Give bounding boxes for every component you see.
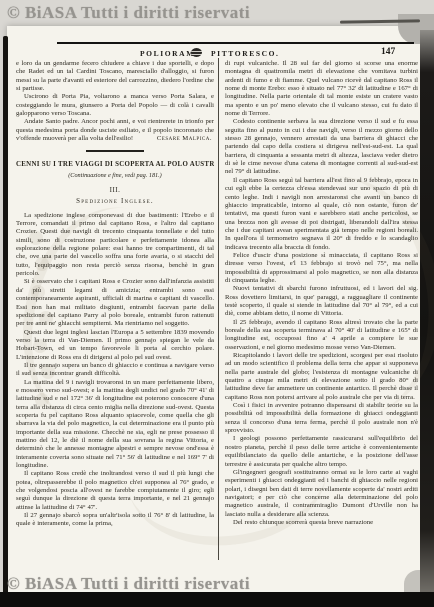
paragraph: e loro da un gendarme fecero chiudere a … — [16, 60, 214, 93]
article-continuation-note: (Continuazione e fine, vedi pag. 181.) — [16, 172, 214, 180]
paragraph: Il capitano Ross seguì tal barriera all'… — [225, 177, 418, 252]
right-column: di rupi vulcaniche. Il 28 sul far del gi… — [225, 60, 418, 566]
scan-edge-left — [3, 36, 8, 596]
article-body: La spedizione inglese componevasi di due… — [16, 212, 214, 529]
paragraph: Si è osservato che i capitani Ross e Cro… — [16, 278, 214, 328]
copyright-watermark-bottom: © BiASA Tutti i diritti riservati — [7, 574, 250, 594]
paragraph: Il capitano Ross credè che inoltrandosi … — [16, 470, 214, 512]
scan-edge-bottom — [0, 592, 434, 607]
article-section-title: Spedizione Inglese. — [16, 198, 214, 206]
paragraph: Il 25 febbrajo, avendo il capitano Ross … — [225, 319, 418, 352]
page-number: 147 — [381, 47, 395, 57]
paragraph: Il 27 gennajo sbarcò sopra un'altr'isola… — [16, 512, 214, 529]
paragraph: La mattina del 9 i navigli trovaronsi in… — [16, 379, 214, 471]
copyright-watermark-top: © BiASA Tutti i diritti riservati — [7, 3, 250, 23]
previous-article-end: e loro da un gendarme fecero chiudere a … — [16, 60, 214, 143]
paragraph: Il tre gennajo supera un banco di ghiacc… — [16, 362, 214, 379]
paragraph: Nuovi tentativi di sbarchi furono infrut… — [225, 285, 418, 318]
masthead-rule — [57, 42, 414, 44]
article-divider-rule — [86, 150, 144, 151]
article-body-continued: di rupi vulcaniche. Il 28 sul far del gi… — [225, 60, 418, 527]
paragraph: La spedizione inglese componevasi di due… — [16, 212, 214, 279]
scanned-page: © BiASA Tutti i diritti riservati POLIOR… — [0, 0, 434, 607]
paragraph: Codesto continente serbava la sua direzi… — [225, 118, 418, 176]
paragraph: Uscirono di Porta Pia, voltarono a manca… — [16, 93, 214, 118]
paragraph: Questi due legni inglesi lascian l'Europ… — [16, 329, 214, 362]
paragraph: Gl'ingegneri geografi sostituiranno orma… — [225, 469, 418, 519]
paragraph: Felice d'uscir d'una posizione sì minacc… — [225, 252, 418, 285]
left-column: e loro da un gendarme fecero chiudere a … — [16, 60, 214, 566]
paragraph: di rupi vulcaniche. Il 28 sul far del gi… — [225, 60, 418, 118]
paragraph: Ricapitolando i lavori delle tre spedizi… — [225, 352, 418, 402]
paragraph: Così i fisici in avvenire potranno dispe… — [225, 402, 418, 435]
scan-edge-right — [420, 30, 434, 592]
masthead-ornament-icon — [191, 48, 202, 57]
column-divider-rule — [218, 58, 219, 560]
article-section-number: III. — [16, 186, 214, 194]
article-title: CENNI SU I TRE VIAGGI DI SCOPERTA AL POL… — [16, 160, 214, 169]
paragraph: Del resto chiunque scorrerà questa breve… — [225, 519, 418, 527]
masthead-title-right: PITTORESCO. — [211, 49, 280, 58]
paragraph: I geologi possono perfettamente rassicur… — [225, 435, 418, 468]
